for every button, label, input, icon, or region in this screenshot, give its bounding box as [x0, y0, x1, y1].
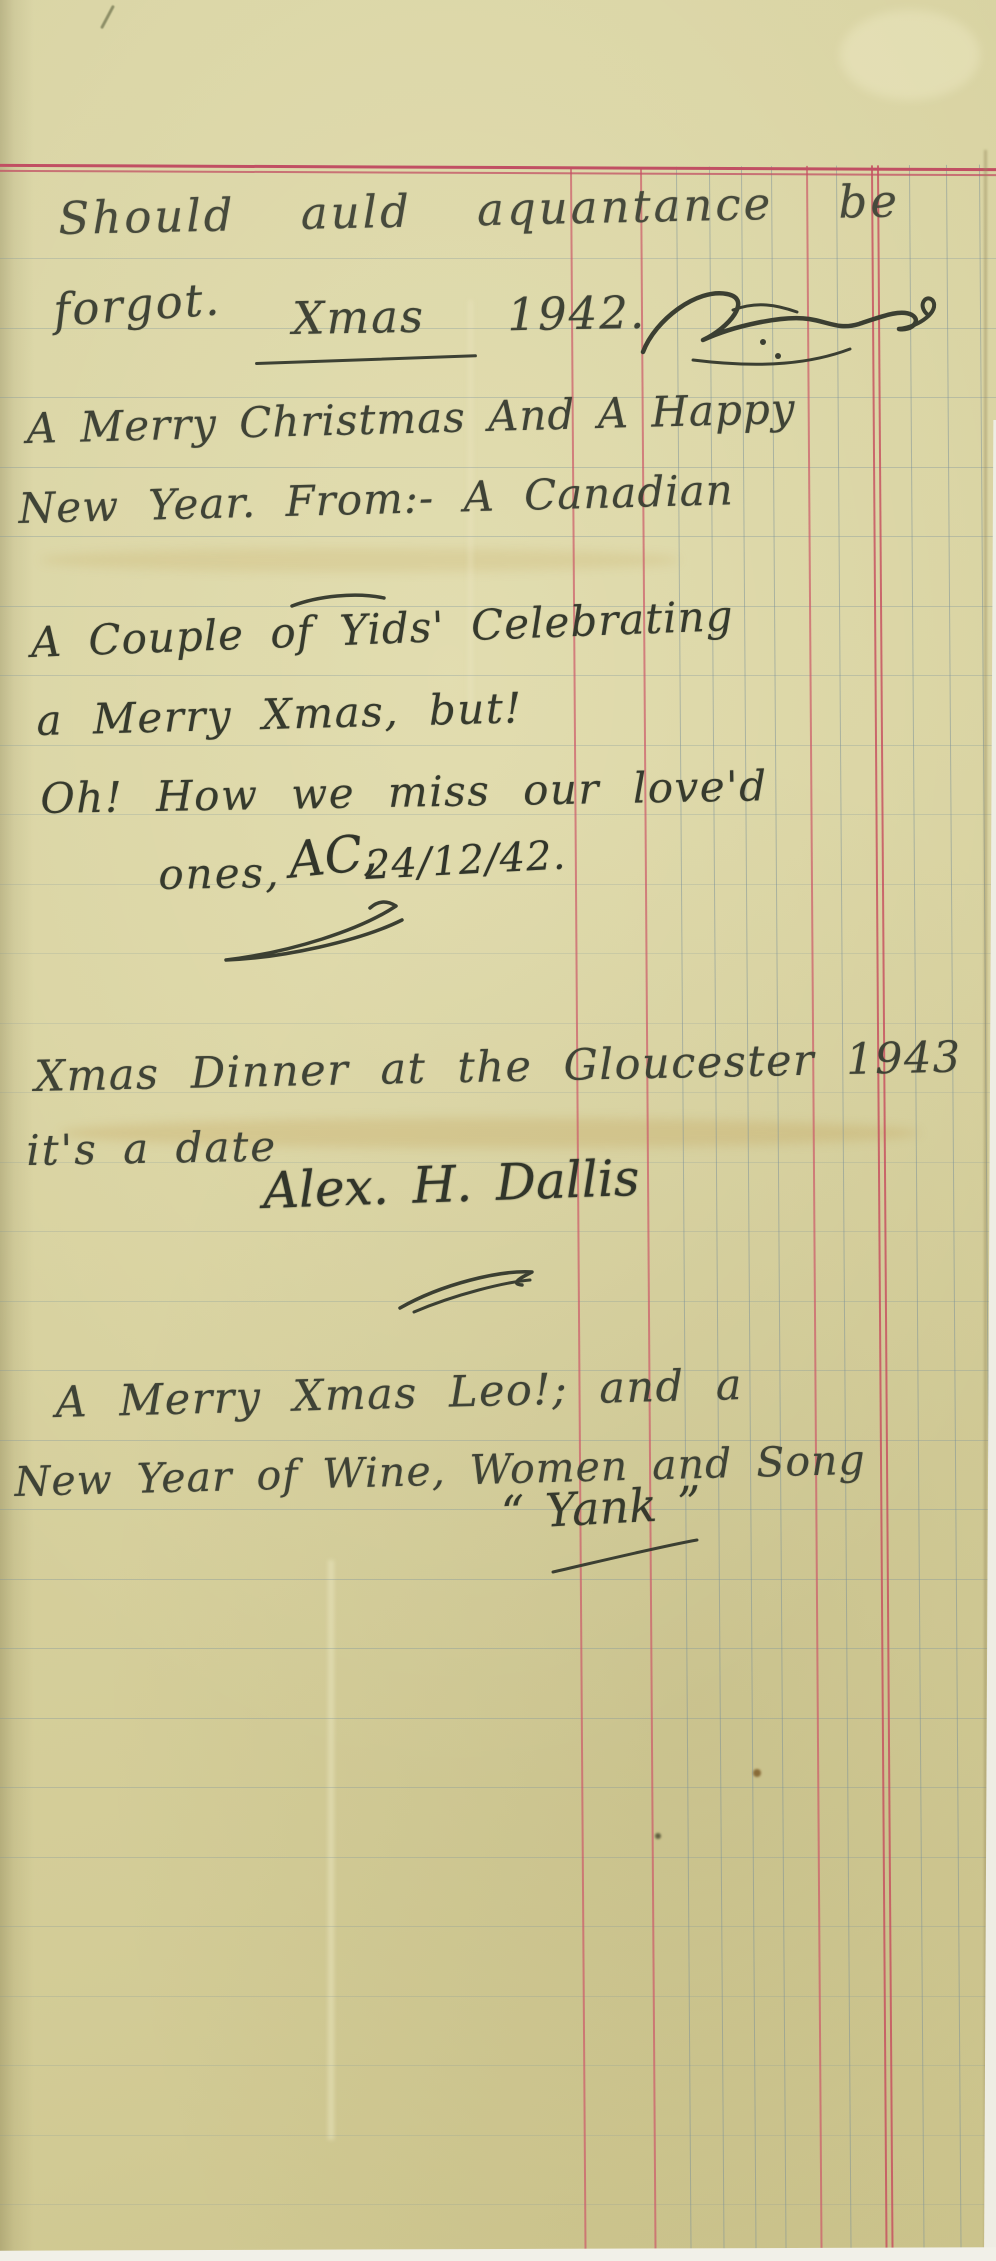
dallis-signature-flourish [392, 1262, 542, 1317]
paper-speck [753, 1769, 761, 1777]
handwriting-line: Xmas 1942. [292, 290, 646, 341]
vertical-rule-line-blue [771, 166, 787, 2251]
vertical-rule-line-blue [741, 166, 757, 2251]
horizontal-rule-line [0, 675, 996, 676]
handwriting-line: Should auld aquantance be [58, 178, 900, 241]
yank-signature: “ Yank ” [500, 1480, 702, 1536]
vertical-rule-line-blue [909, 165, 925, 2250]
horizontal-rule-line [0, 258, 996, 259]
horizontal-rule-line [0, 884, 996, 885]
paper-stain [40, 548, 680, 572]
horizontal-rule-line [0, 1857, 996, 1858]
handwriting-line: ones, [158, 852, 281, 896]
horizontal-rule-line [0, 1579, 996, 1580]
horizontal-rule-line [0, 953, 996, 954]
handwriting-line: A Merry Christmas And A Happy [26, 388, 796, 450]
handwriting-line: New Year. From:- A Canadian [18, 469, 734, 530]
handwriting-date: 24/12/42. [364, 835, 567, 885]
horizontal-rule-line [0, 1509, 996, 1510]
scan-edge-bottom [0, 2247, 996, 2261]
handwriting-line: A Merry Xmas Leo!; and a [55, 1364, 743, 1425]
horizontal-rule-line [0, 1648, 996, 1649]
vertical-rule-line-red [877, 165, 894, 2250]
paper-stain [840, 10, 980, 100]
horizontal-rule-line [0, 536, 996, 537]
handwriting-line: Xmas Dinner at the Gloucester 1943 – [34, 1035, 996, 1099]
signature-flourish-1 [635, 282, 955, 372]
horizontal-rule-line [0, 2135, 996, 2136]
handwriting-line: it's a date [26, 1126, 278, 1172]
dallis-signature: Alex. H. Dallis [262, 1153, 640, 1216]
vertical-rule-line-red [871, 165, 888, 2250]
horizontal-rule-line [0, 1996, 996, 1997]
handwriting-line: forgot. [52, 276, 222, 333]
horizontal-rule-line [0, 1231, 996, 1232]
paper-crease [328, 1560, 334, 2140]
paper-fiber [100, 5, 115, 29]
horizontal-rule-line [0, 1023, 996, 1024]
yank-underline-stroke [545, 1534, 705, 1579]
horizontal-rule-line [0, 2065, 996, 2066]
ac-signature-flourish [210, 898, 410, 968]
horizontal-rule-line [0, 467, 996, 468]
horizontal-rule-line [0, 1718, 996, 1719]
horizontal-rule-line [0, 1926, 996, 1927]
paper-speck [655, 1833, 661, 1839]
handwriting-line: Oh! How we miss our love'd [40, 765, 768, 820]
xmas-underline-stroke [255, 354, 477, 365]
handwriting-line: a Merry Xmas, but! [36, 687, 523, 742]
ledger-page: Should auld aquantance be forgot. Xmas 1… [0, 0, 996, 2261]
vertical-rule-line-red [806, 166, 823, 2251]
vertical-rule-line-blue [836, 166, 852, 2251]
horizontal-rule-line [0, 745, 996, 746]
handwriting-line: A Couple of Yids' Celebrating [30, 595, 734, 664]
horizontal-rule-line [0, 2204, 996, 2205]
horizontal-rule-line [0, 1787, 996, 1788]
vertical-rule-line-blue [946, 165, 962, 2250]
handwriting-line: New Year of Wine, Women and Song [14, 1440, 866, 1503]
